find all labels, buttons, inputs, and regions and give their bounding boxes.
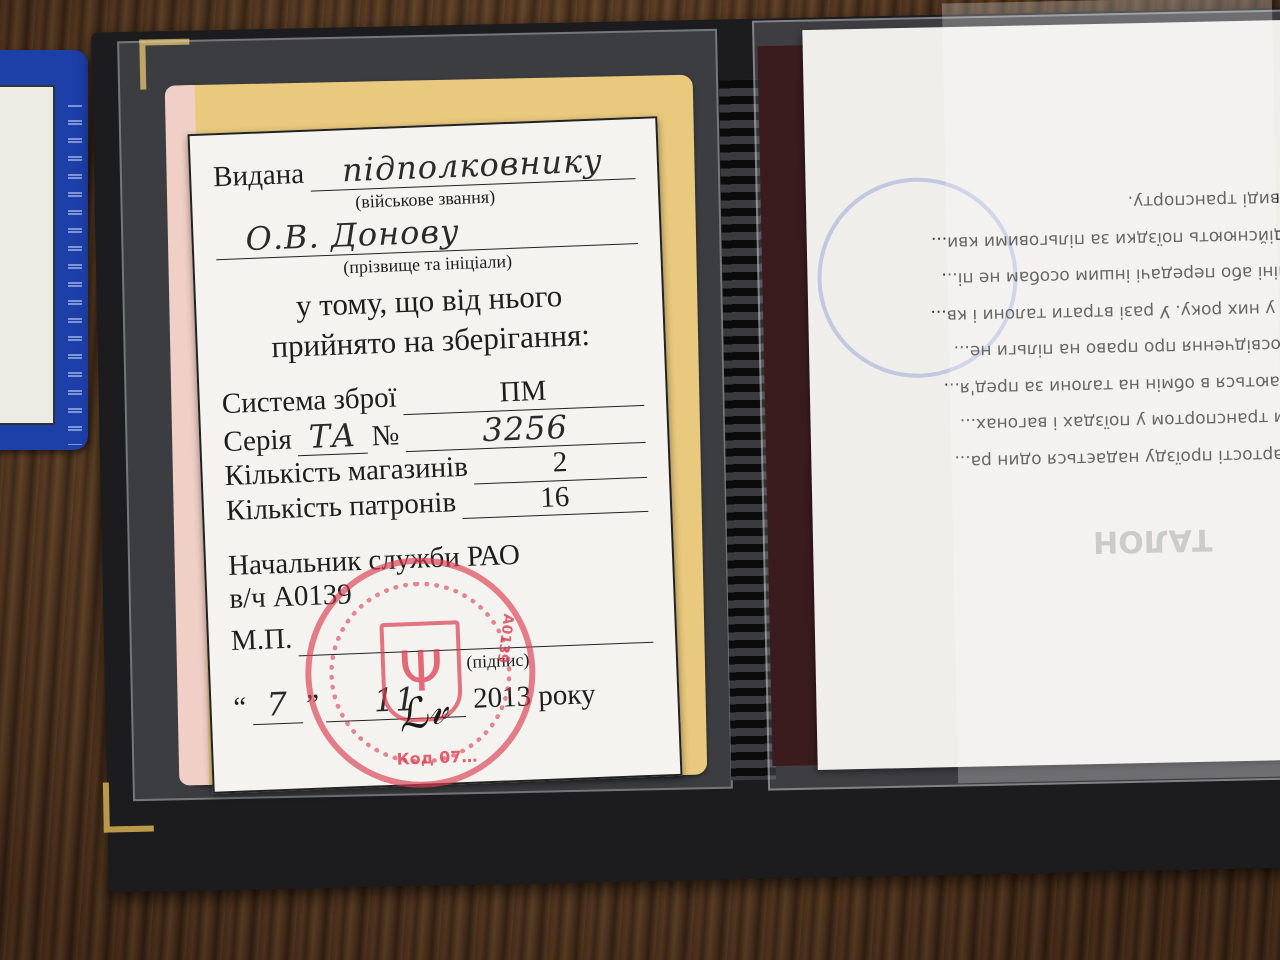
blue-card-insert: 8 [0,85,55,425]
blue-card-border-pattern [68,105,82,445]
number-label: № [371,419,400,453]
series-label: Серія [223,423,293,459]
folded-sleeve-overlay [942,0,1280,783]
handwritten-signature: ℒ𝓋 [392,683,452,743]
weapon-storage-receipt: Видана підполковнику (військове звання) … [188,116,683,794]
stamp-code-text: Код 07… [396,747,477,769]
date-quote-close: ” [306,689,320,723]
seal-label: М.П. [230,623,292,659]
cartridges-label: Кількість патронів [225,486,456,528]
series-value: ТА [297,416,368,456]
date-day: 7 [252,685,303,725]
blue-id-card: 8 [0,50,88,450]
cartridges-value: 16 [461,478,648,519]
date-year: 2013 року [473,678,597,716]
date-quote-open: “ [233,692,247,726]
issued-to-label: Видана [213,158,305,195]
